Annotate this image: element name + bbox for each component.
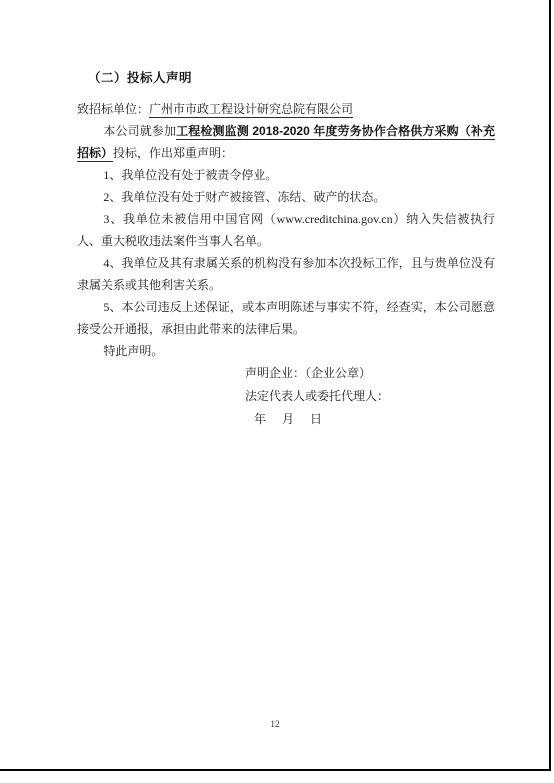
signature-representative-line: 法定代表人或委托代理人：: [245, 385, 495, 408]
document-page: （二）投标人声明 致招标单位：广州市市政工程设计研究总院有限公司 本公司就参加工…: [0, 0, 554, 783]
declaration-item-4: 4、我单位及其有隶属关系的机构没有参加本次投标工作，且与贵单位没有隶属关系或其他…: [77, 252, 495, 296]
recipient-name: 广州市市政工程设计研究总院有限公司: [149, 102, 353, 118]
intro-suffix: 投标，作出郑重声明：: [113, 146, 233, 160]
signature-block: 声明企业：（企业公章） 法定代表人或委托代理人： 年 月 日: [245, 362, 495, 431]
declaration-item-2: 2、我单位没有处于财产被接管、冻结、破产的状态。: [77, 186, 495, 208]
intro-prefix: 本公司就参加: [103, 124, 176, 138]
declaration-item-3: 3、我单位未被信用中国官网（www.creditchina.gov.cn）纳入失…: [77, 208, 495, 252]
signature-date-line: 年 月 日: [254, 408, 495, 431]
document-content: （二）投标人声明 致招标单位：广州市市政工程设计研究总院有限公司 本公司就参加工…: [77, 67, 495, 431]
signature-company-line: 声明企业：（企业公章）: [245, 362, 495, 385]
closing-line: 特此声明。: [77, 340, 495, 362]
section-heading: （二）投标人声明: [88, 67, 495, 89]
declaration-item-5: 5、本公司违反上述保证，或本声明陈述与事实不符，经查实，本公司愿意接受公开通报，…: [77, 296, 495, 340]
intro-paragraph: 本公司就参加工程检测监测 2018-2020 年度劳务协作合格供方采购（补充招标…: [77, 120, 495, 164]
scan-edge-bottom-line: [0, 769, 551, 771]
greeting-line: 致招标单位：广州市市政工程设计研究总院有限公司: [77, 98, 495, 120]
scan-edge-right-line: [549, 0, 551, 771]
declaration-item-1: 1、我单位没有处于被责令停业。: [77, 164, 495, 186]
greeting-label: 致招标单位：: [77, 102, 149, 116]
page-number: 12: [0, 719, 550, 732]
